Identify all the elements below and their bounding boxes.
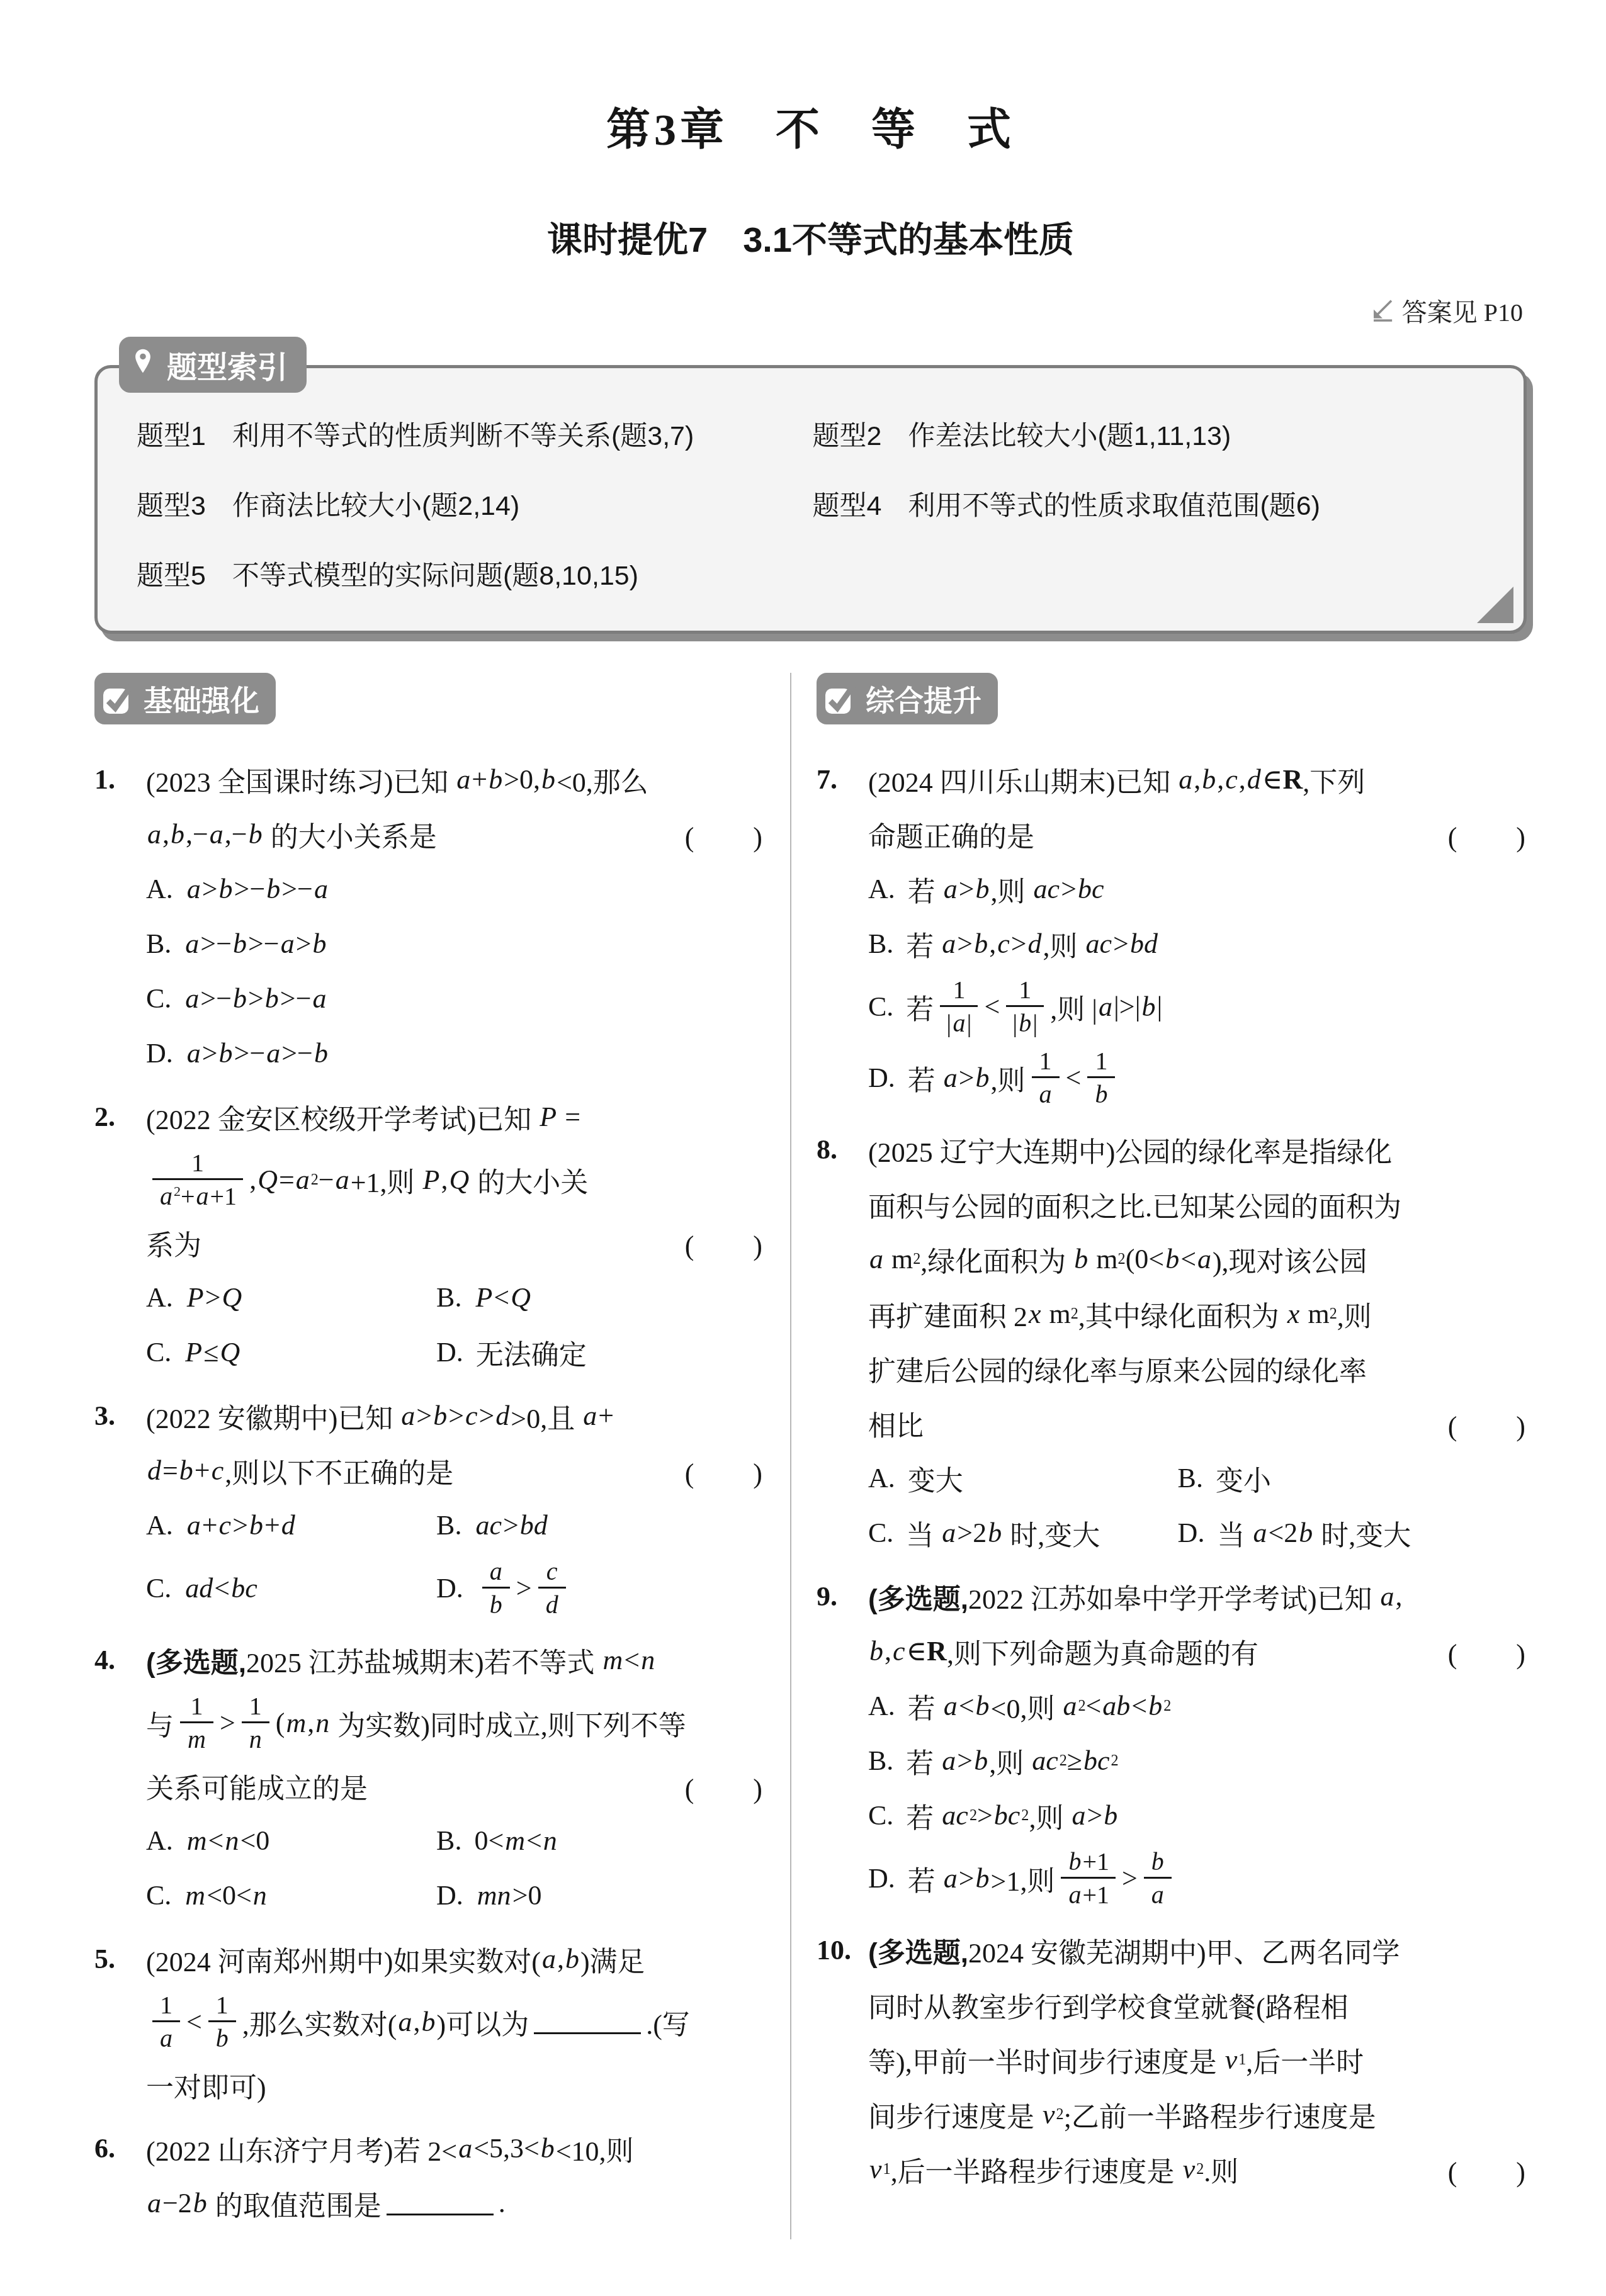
option-label: C. [868,991,893,1023]
index-item-label: 题型4 [813,485,882,523]
fraction: 1m [180,1691,213,1755]
option-label: C. [146,1572,171,1604]
text: >− [281,873,313,905]
stem-text: d=b+c,则以下不正确的是 [146,1451,453,1491]
text: > [232,1509,248,1541]
math-variable: P [538,1101,558,1133]
fraction: cd [538,1556,566,1620]
math-variable: ac [474,1509,503,1541]
text: >− [234,1037,266,1069]
text: + [264,1509,280,1541]
text: 2022 江苏如皋中学开学考试)已知 [968,1577,1379,1617]
fraction-denominator: b [208,2020,236,2054]
check-icon [824,682,857,715]
math-variable: a [489,1557,504,1585]
math-variable: a [195,1182,210,1210]
answer-paren: ( ) [685,1223,764,1263]
option-text: 若 ac2>bc2,则 a>b [906,1796,1119,1836]
fraction-numerator: a [482,1556,510,1587]
pin-icon [129,347,157,383]
text: ,则 [1043,924,1085,964]
text: ,则以下不正确的是 [225,1451,453,1491]
text: 1 [190,1692,203,1720]
option-label: B. [436,1825,461,1857]
option-row: C.a>−b>b>−a [146,971,764,1026]
fraction-denominator: a [1144,1877,1172,1910]
text: >− [280,982,312,1015]
text: , [557,1943,564,1975]
stem-line: 再扩建面积 2x m2,其中绿化面积为 x m2,则 [868,1286,1527,1341]
text: >1,则 [991,1859,1055,1899]
math-variable: mn [476,1879,512,1911]
stem-text: (多选题,2024 安徽芜湖期中)甲、乙两名同学 [868,1930,1400,1971]
option-text: 0<m<n [474,1825,558,1857]
stem-line: 与1m>1n(m,n 为实数)同时成立,则下列不等 [146,1687,764,1759]
text: ,绿化面积为 [920,1239,1073,1280]
math-variable: b [487,763,504,796]
text: ∈ [1262,763,1283,796]
text: 时,变大 [1314,1513,1411,1553]
option-text: 当 a>2b 时,变大 [906,1513,1100,1553]
stem-line: d=b+c,则以下不正确的是( ) [146,1443,764,1498]
math-variable: b [248,1509,264,1541]
text: 1 [1095,1047,1107,1075]
option-text: a>−b>b>−a [184,982,327,1015]
fraction-denominator: a2+a+1 [152,1178,243,1212]
text: 2024 安徽芜湖期中)甲、乙两名同学 [968,1930,1400,1971]
text: >− [200,982,232,1015]
stem-text: (2022 山东济宁月考)若 2<a<5,3<b<10,则 [146,2129,634,2169]
text: > [957,1745,973,1777]
text: , [885,1635,891,1667]
text: )满足 [580,1939,645,1979]
math-variable: P [184,1336,203,1368]
answer-paren: ( ) [1448,1631,1527,1672]
text: | [1032,1009,1038,1037]
text: > [1087,1799,1102,1832]
math-variable: b [540,2132,556,2164]
text: < [186,2006,202,2038]
text: = [558,1101,580,1133]
option-label: D. [436,1336,463,1368]
option-label: B. [868,928,893,960]
fraction-denominator: a+1 [1061,1877,1116,1910]
text: 时,变大 [1003,1513,1100,1553]
math-variable: b [1102,1799,1119,1832]
stem-line: v1,后一半路程步行速度是 v2.则( ) [868,2142,1527,2197]
stem-text: 关系可能成立的是 [146,1766,368,1806]
math-variable: d [545,1590,560,1619]
option-row: D.若 a>b,则1a<1b [868,1042,1527,1113]
fraction-denominator: b [1087,1076,1115,1110]
text: > [248,982,264,1015]
text: ,− [186,818,208,850]
text: <2 [1268,1517,1298,1549]
text: 若 [908,1058,942,1098]
text: | [966,1009,971,1037]
answer-paren: ( ) [1448,2149,1527,2190]
option: B.a>−b>−a>b [146,928,327,960]
option-text: ac>bd [474,1509,548,1541]
text: , [249,1164,256,1196]
question: 8.(2025 辽宁大连期中)公园的绿化率是指绿化面积与公园的面积之比.已知某公… [817,1122,1527,1560]
question-number: 7. [817,752,868,1113]
index-row: 题型5不等式模型的实际问题(题8,10,15) [137,554,1488,593]
text: > [220,1707,235,1739]
math-variable: Q [509,1281,532,1314]
text: 若 [908,1686,942,1726]
stem-line: 一对即可) [146,2057,764,2112]
math-variable: a [941,1745,957,1777]
text: > [516,1572,532,1604]
question: 7.(2024 四川乐山期末)已知 a,b,c,d∈R,下列命题正确的是( )A… [817,752,1527,1113]
math-variable: a [1252,1517,1268,1549]
option-label: B. [868,1745,893,1777]
fraction-numerator: 1 [1089,1046,1114,1076]
math-variable: a [941,928,957,960]
math-variable: b [564,1943,580,1975]
fraction: ba [1144,1847,1172,1910]
math-variable: a [1177,763,1194,796]
text: ≥ [1067,1745,1082,1777]
text: 的取值范围是 [208,2183,382,2224]
question-number: 5. [94,1932,146,2112]
math-variable: ac [1085,928,1114,960]
text: ;乙前一半路程步行速度是 [1064,2095,1376,2135]
option: A.变大 [868,1458,1178,1499]
question: 9.(多选题,2022 江苏如皋中学开学考试)已知 a,b,c∈R,则下列命题为… [817,1569,1527,1914]
option-label: D. [436,1879,463,1911]
fraction-numerator: 1 [1012,975,1038,1005]
text: <0,那么 [557,760,648,800]
text: <0 [240,1825,269,1857]
stem-line: (2024 四川乐山期末)已知 a,b,c,d∈R,下列 [868,752,1527,807]
text: 若 [908,1859,942,1899]
text: < [208,1825,224,1857]
text: 间步行速度是 [868,2095,1041,2135]
text: m [1301,1298,1329,1330]
stem-text: 间步行速度是 v2;乙前一半路程步行速度是 [868,2095,1376,2135]
text: .则 [1204,2149,1238,2190]
math-variable: d [494,1400,511,1432]
text: ,其中绿化面积为 [1078,1294,1286,1334]
option-label: C. [146,1879,171,1911]
index-item: 题型1利用不等式的性质判断不等关系(题3,7) [137,415,813,453]
math-variable: b [169,818,186,850]
math-variable: b [265,873,281,905]
stem-text: (2024 四川乐山期末)已知 a,b,c,d∈R,下列 [868,760,1365,800]
math-variable: b [264,982,280,1015]
question: 4.(多选题,2025 江苏盐城期末)若不等式 m<n与1m>1n(m,n 为实… [94,1633,764,1923]
text: |>| [1114,991,1140,1023]
question-number: 6. [94,2121,146,2231]
text: > [416,1400,432,1432]
stem-text: 系为 [146,1223,201,1263]
text: 若 [906,924,941,964]
stem-text: 等),甲前一半时间步行速度是 v1,后一半时 [868,2040,1364,2080]
answer-paren: ( ) [1448,814,1527,855]
stem-line: (2022 安徽期中)已知 a>b>c>d>0,且 a+ [146,1388,764,1443]
column-basic: 基础强化 1.(2023 全国课时练习)已知 a+b>0,b<0,那么a,b,−… [94,673,790,2239]
stem-text: 再扩建面积 2x m2,其中绿化面积为 x m2,则 [868,1294,1372,1334]
text: 面积与公园的面积之比.已知某公园的面积为 [868,1185,1401,1225]
stem-line: 系为( ) [146,1215,764,1270]
text: >2 [957,1517,987,1549]
math-variable: b [975,873,991,905]
option: A.P>Q [146,1281,436,1314]
answer-paren: ( ) [685,814,764,855]
math-variable: Q [448,1164,470,1196]
math-variable: bc [993,1799,1022,1832]
text: 无法确定 [476,1332,587,1373]
option-row: A.m<n<0B.0<m<n [146,1813,764,1868]
text: < [1066,1062,1082,1094]
text: ),现对该公园 [1213,1239,1367,1280]
option-text: ad<bc [184,1572,258,1604]
math-variable: a [186,873,202,905]
text: + [598,1400,614,1432]
stem-line: 间步行速度是 v2;乙前一半路程步行速度是 [868,2087,1527,2142]
text: <0,则 [991,1686,1062,1726]
index-item-label: 题型2 [813,415,882,453]
option: D.当 a<2b 时,变大 [1178,1513,1411,1553]
math-variable: Q [218,1336,241,1368]
fraction-numerator: b [1144,1847,1172,1877]
problem-list-advanced: 7.(2024 四川乐山期末)已知 a,b,c,d∈R,下列命题正确的是( )A… [817,752,1527,2197]
text: > [296,928,312,960]
option-label: A. [868,1690,895,1722]
stem-line: a m2,绿化面积为 b m2(0<b<a),现对该公园 [868,1232,1527,1286]
answer-paren: ( ) [1448,1404,1527,1444]
text: > [1113,928,1129,960]
text: 一对即可) [146,2065,266,2105]
option: C.a>−b>b>−a [146,982,327,1015]
stem-text: 同时从教室步行到学校食堂就餐(路程相 [868,1985,1349,2025]
text: 当 [1217,1513,1252,1553]
math-variable: a [146,2187,162,2219]
math-variable: a [397,2006,413,2038]
stem-text: (2022 安徽期中)已知 a>b>c>d>0,且 a+ [146,1396,614,1436]
text: > [1061,873,1077,905]
text: >− [248,928,280,960]
text: ,则 [989,1741,1031,1781]
option-row: A.a>b>−b>−a [146,862,764,916]
option-row: A.P>QB.P<Q [146,1270,764,1325]
superscript: 2 [174,1183,181,1199]
math-variable: b [1067,1847,1082,1876]
stem-line: 1a<1b,那么实数对(a,b)可以为.(写 [146,1986,764,2057]
fraction-denominator: a [1032,1076,1060,1110]
option-text: P<Q [474,1281,532,1314]
math-variable: b [975,1062,991,1094]
math-variable: c [996,928,1011,960]
option-row: B.若 a>b,c>d,则 ac>bd [868,916,1527,971]
stem-line: 扩建后公园的绿化率与原来公园的绿化率 [868,1341,1527,1396]
math-variable: c [545,1557,559,1585]
text: m [885,1243,913,1275]
option: D.ab>cd [436,1553,572,1624]
math-variable: c [218,1509,233,1541]
math-variable: a [265,1037,281,1069]
option: C.ad<bc [146,1572,436,1604]
text: < [1180,1243,1196,1275]
text: ,下列 [1303,760,1365,800]
text: > [479,1400,495,1432]
option: A.若 a>b,则 ac>bc [868,869,1106,909]
stem-line: 相比( ) [868,1396,1527,1451]
bold-symbol: R [927,1635,947,1667]
math-variable: x [1286,1298,1301,1330]
stem-line: 关系可能成立的是( ) [146,1759,764,1813]
fraction: 1a2+a+1 [152,1148,243,1212]
question-body: (2024 四川乐山期末)已知 a,b,c,d∈R,下列命题正确的是( )A.若… [868,752,1527,1113]
stem-text: v1,后一半路程步行速度是 v2.则 [868,2149,1238,2190]
fraction: 1n [242,1691,269,1755]
math-variable: b [218,1037,234,1069]
option-label: D. [1178,1517,1205,1549]
text: ,则下列命题为真命题的有 [947,1631,1258,1672]
stem-text: (2022 金安区校级开学考试)已知 P = [146,1097,580,1137]
problem-columns: 基础强化 1.(2023 全国课时练习)已知 a+b>0,b<0,那么a,b,−… [94,673,1527,2239]
text: , [1217,763,1224,796]
math-variable: b [489,1590,504,1619]
text: >− [200,928,232,960]
option-text: 无法确定 [476,1332,587,1373]
math-variable: b [311,928,327,960]
text: 0< [474,1825,504,1857]
stem-text: 与1m>1n(m,n 为实数)同时成立,则下列不等 [146,1687,686,1759]
option-text: ab>cd [476,1553,572,1624]
stem-text: (多选题,2022 江苏如皋中学开学考试)已知 a, [868,1577,1403,1617]
stem-line: (多选题,2025 江苏盐城期末)若不等式 m<n [146,1633,764,1687]
math-variable: m [186,1725,207,1753]
bold-symbol: R [1282,763,1303,796]
text: > [202,1037,218,1069]
stem-text: (多选题,2025 江苏盐城期末)若不等式 m<n [146,1640,656,1680]
math-variable: m [186,1825,208,1857]
math-variable: d [146,1455,162,1487]
text: , [1396,1580,1403,1612]
text: + [202,1509,218,1541]
math-variable: b [975,1862,991,1894]
option-label: A. [146,1509,173,1541]
stem-text: 命题正确的是 [868,814,1034,855]
fraction-numerator: 1 [154,1990,179,2020]
index-item-desc: 不等式模型的实际问题(题8,10,15) [232,554,638,593]
math-variable: c [464,1400,479,1432]
stem-text: 一对即可) [146,2065,266,2105]
option-text: 若 a>b,c>d,则 ac>bd [906,924,1159,964]
option-text: mn>0 [476,1879,542,1911]
stem-text: 面积与公园的面积之比.已知某公园的面积为 [868,1185,1401,1225]
bold-text: (多选题, [868,1930,968,1971]
option-label: B. [436,1509,461,1541]
text: ,后一半时 [1246,2040,1364,2080]
math-variable: n [314,1707,331,1739]
stem-line: (2022 山东济宁月考)若 2<a<5,3<b<10,则 [146,2121,764,2176]
math-variable: b [973,928,989,960]
text: 等),甲前一半时间步行速度是 [868,2040,1224,2080]
text: >− [281,1037,313,1069]
bold-text: (多选题, [146,1640,246,1680]
math-variable: b [1147,1690,1163,1722]
stem-text: b,c∈R,则下列命题为真命题的有 [868,1631,1258,1672]
math-variable: a [942,1062,959,1094]
fraction-denominator: m [180,1721,213,1755]
text: (2024 四川乐山期末)已知 [868,760,1177,800]
index-row: 题型3作商法比较大小(题2,14)题型4利用不等式的性质求取值范围(题6) [137,485,1488,523]
option-row: C.当 a>2b 时,变大D.当 a<2b 时,变大 [868,1505,1527,1560]
text: +1 [210,1182,237,1210]
index-item-desc: 利用不等式的性质判断不等关系(题3,7) [232,415,694,453]
fraction-numerator: 1 [184,1691,209,1721]
text: ,则 [1337,1294,1372,1334]
option: D.a>b>−a>−b [146,1037,329,1069]
math-variable: a [334,1164,351,1196]
math-variable: x [1027,1298,1043,1330]
text: | [1157,991,1163,1023]
math-variable: b [1201,763,1217,796]
text: >0, [504,763,540,796]
text: 若 [908,869,942,909]
fraction-denominator: |b| [1006,1005,1044,1038]
text: > [205,1281,221,1314]
stem-line: 1a2+a+1,Q=a2−a+1,则 P,Q 的大小关 [146,1144,764,1215]
math-variable: Q [256,1164,279,1196]
stem-line: (2023 全国课时练习)已知 a+b>0,b<0,那么 [146,752,764,807]
option: B.ac>bd [436,1509,549,1541]
math-variable: a [186,1037,202,1069]
option-label: A. [868,1462,895,1494]
math-variable: b [432,1400,448,1432]
text: ,则 [991,1058,1026,1098]
math-variable: a [1070,1799,1087,1832]
fraction-numerator: b+1 [1061,1847,1116,1877]
math-variable: b [1150,1847,1165,1876]
text: ≤ [203,1336,218,1368]
text: 变大 [908,1458,963,1499]
question-body: (2022 金安区校级开学考试)已知 P =1a2+a+1,Q=a2−a+1,则… [146,1089,764,1380]
math-variable: a [541,1943,557,1975]
text: 当 [906,1513,941,1553]
math-variable: a [1038,1080,1053,1108]
text: > [1122,1862,1138,1894]
question: 10.(多选题,2024 安徽芜湖期中)甲、乙两名同学同时从教室步行到学校食堂就… [817,1923,1527,2197]
text: +1 [1082,1881,1109,1909]
option: D.mn>0 [436,1879,541,1911]
index-item-desc: 作商法比较大小(题2,14) [232,485,519,523]
text: + [181,1182,195,1210]
stem-text: (2025 辽宁大连期中)公园的绿化率是指绿化 [868,1130,1392,1170]
math-variable: ad [184,1572,214,1604]
option-label: A. [146,873,173,905]
text: 1 [1039,1047,1052,1075]
math-variable: n [640,1644,656,1676]
text: <10,则 [556,2129,634,2169]
math-variable: P [421,1164,441,1196]
option-row: C.若 ac2>bc2,则 a>b [868,1788,1527,1843]
question-body: (多选题,2025 江苏盐城期末)若不等式 m<n与1m>1n(m,n 为实数)… [146,1633,764,1923]
index-item-desc: 作差法比较大小(题1,11,13) [908,415,1231,453]
option-label: B. [436,1281,461,1314]
text: , [989,928,996,960]
math-variable: Q [221,1281,244,1314]
math-variable: ac [1032,873,1061,905]
math-variable: ac [1031,1745,1060,1777]
text: 同时从教室步行到学校食堂就餐(路程相 [868,1985,1349,2025]
math-variable: c [1224,763,1239,796]
math-variable: c [891,1635,907,1667]
